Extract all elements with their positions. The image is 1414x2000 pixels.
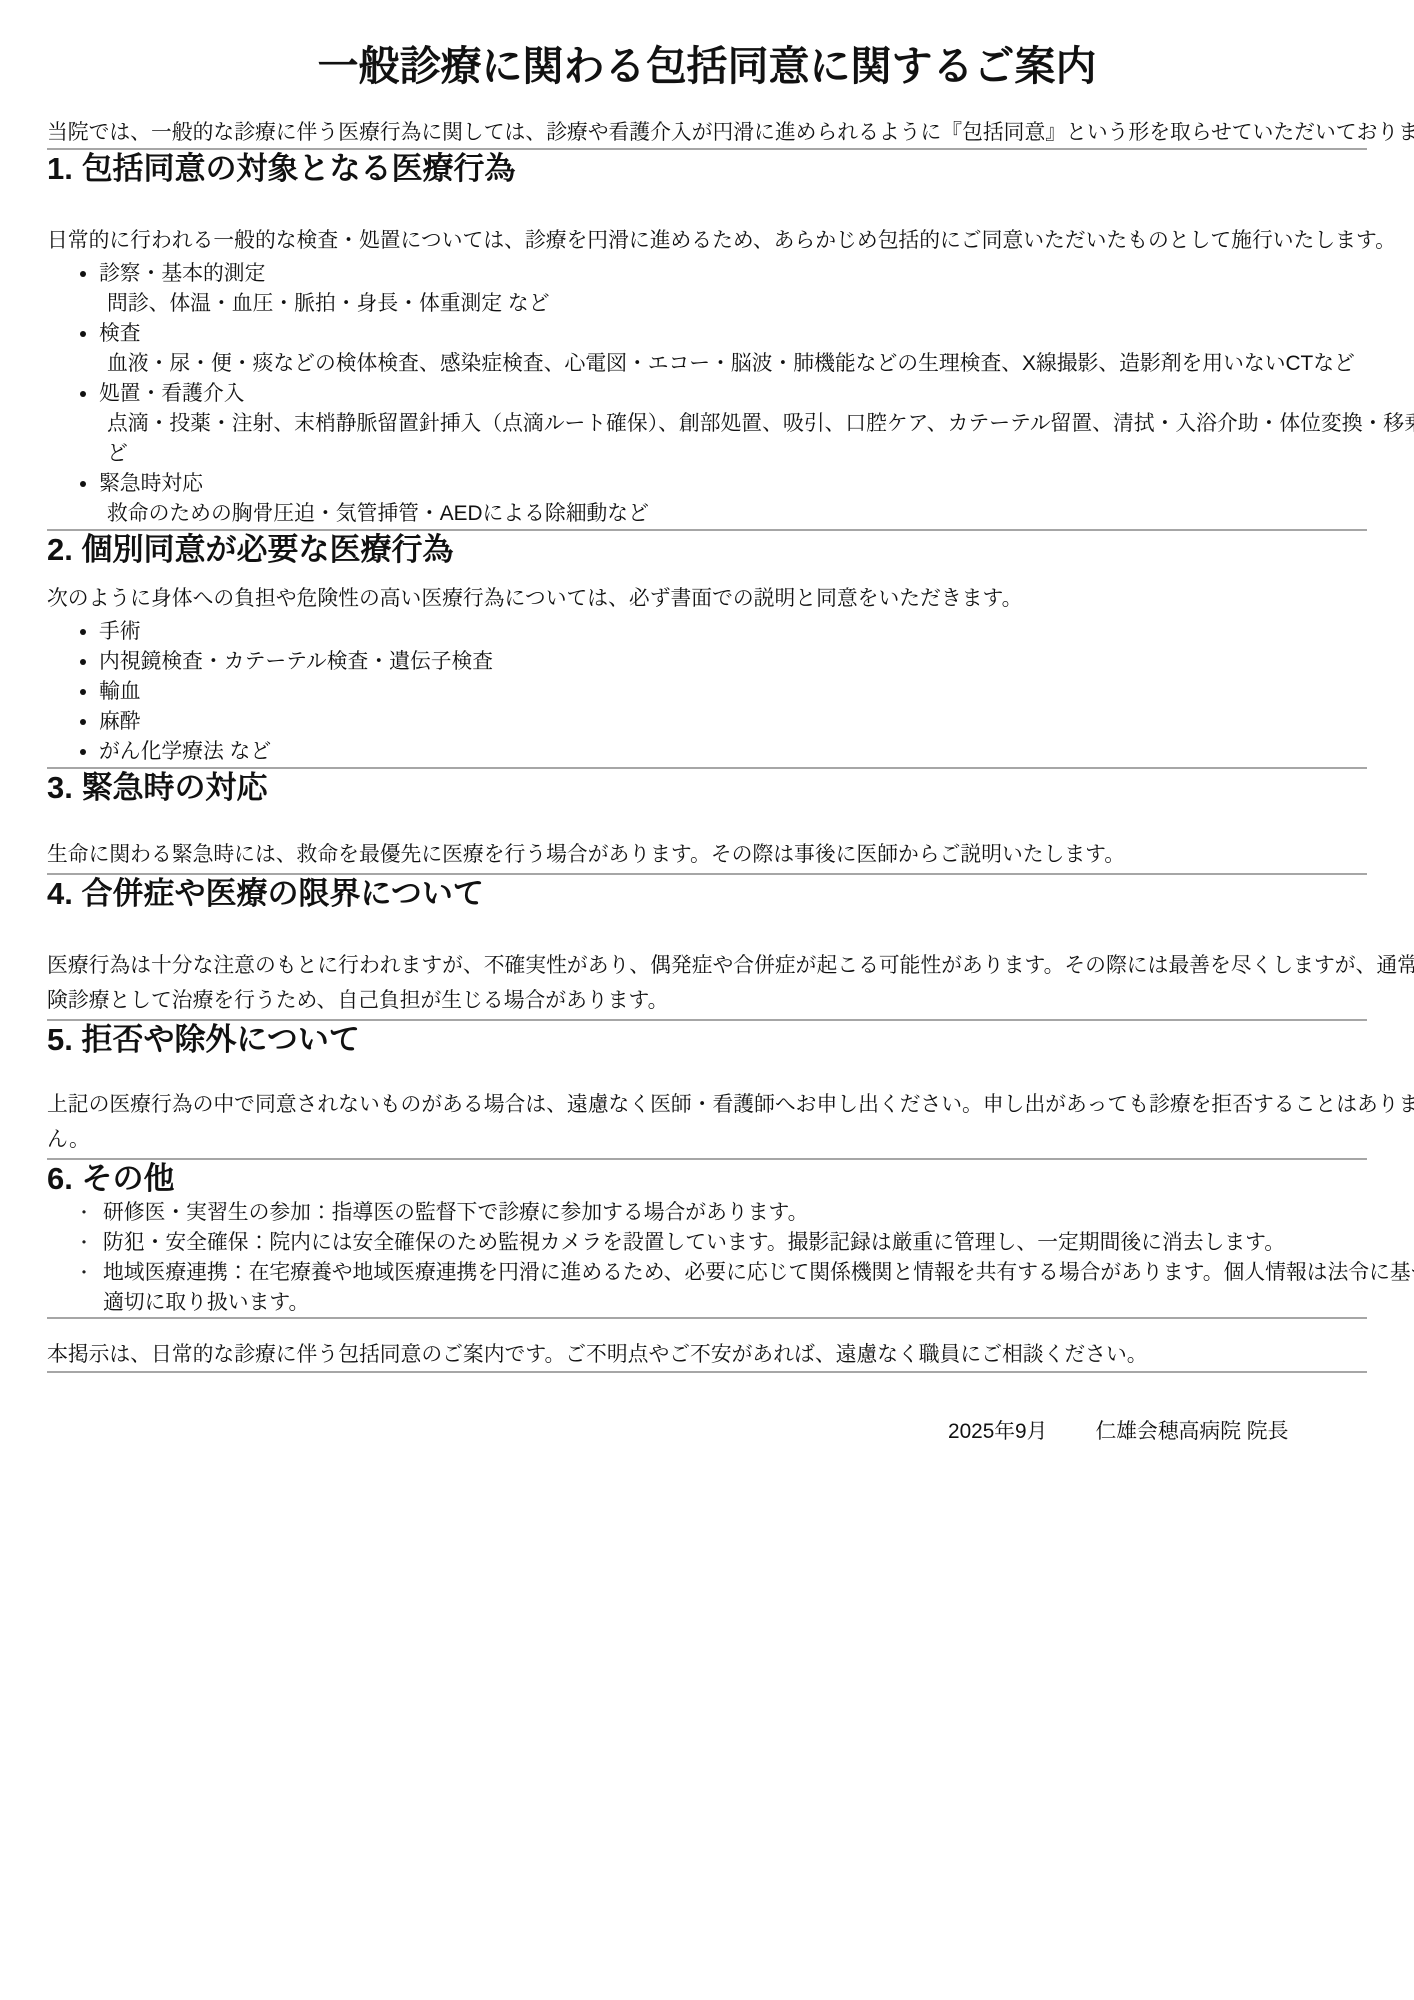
section-4-heading: 4. 合併症や医療の限界について: [47, 875, 1414, 914]
section-5-heading: 5. 拒否や除外について: [47, 1021, 1414, 1060]
signature-line: 2025年9月 仁雄会穂高病院 院長: [47, 1417, 1414, 1447]
list-item: 処置・看護介入 点滴・投薬・注射、末梢静脈留置針挿入（点滴ルート確保）、創部処置…: [99, 379, 1414, 469]
section-5-paragraph: 上記の医療行為の中で同意されないものがある場合は、遠慮なく医師・看護師へお申し出…: [47, 1088, 1414, 1158]
item-term: 検査: [99, 319, 1414, 349]
section-3-heading: 3. 緊急時の対応: [47, 769, 1414, 808]
item-term: 処置・看護介入: [99, 379, 1414, 409]
section-6-list: 研修医・実習生の参加：指導医の監督下で診療に参加する場合があります。 防犯・安全…: [47, 1198, 1414, 1317]
section-divider: [47, 1317, 1367, 1319]
list-item: 検査 血液・尿・便・痰などの検体検査、感染症検査、心電図・エコー・脳波・肺機能な…: [99, 319, 1414, 379]
item-desc: 救命のための胸骨圧迫・気管挿管・AEDによる除細動など: [107, 499, 1414, 529]
item-desc: 問診、体温・血圧・脈拍・身長・体重測定 など: [107, 289, 1414, 319]
section-1-list: 診察・基本的測定 問診、体温・血圧・脈拍・身長・体重測定 など 検査 血液・尿・…: [47, 259, 1414, 529]
signature-date: 2025年9月: [948, 1417, 1047, 1447]
list-item: 麻酔: [99, 707, 1414, 737]
list-item: 輸血: [99, 677, 1414, 707]
page-title: 一般診療に関わる包括同意に関するご案内: [47, 42, 1367, 91]
section-6-heading: 6. その他: [47, 1160, 1414, 1199]
section-1-heading: 1. 包括同意の対象となる医療行為: [47, 150, 1414, 189]
section-divider: [47, 1371, 1367, 1373]
list-item: 診察・基本的測定 問診、体温・血圧・脈拍・身長・体重測定 など: [99, 259, 1414, 319]
signature-org: 仁雄会穂高病院 院長: [1095, 1417, 1288, 1447]
list-item: 緊急時対応 救命のための胸骨圧迫・気管挿管・AEDによる除細動など: [99, 469, 1414, 529]
list-item: がん化学療法 など: [99, 737, 1414, 767]
list-item: 手術: [99, 617, 1414, 647]
section-2-paragraph: 次のように身体への負担や危険性の高い医療行為については、必ず書面での説明と同意を…: [47, 582, 1414, 617]
section-4-paragraph: 医療行為は十分な注意のもとに行われますが、不確実性があり、偶発症や合併症が起こる…: [47, 949, 1414, 1019]
list-item: 内視鏡検査・カテーテル検査・遺伝子検査: [99, 647, 1414, 677]
item-term: 診察・基本的測定: [99, 259, 1414, 289]
section-2-list: 手術 内視鏡検査・カテーテル検査・遺伝子検査 輸血 麻酔 がん化学療法 など: [47, 617, 1414, 767]
section-3-paragraph: 生命に関わる緊急時には、救命を最優先に医療を行う場合があります。その際は事後に医…: [47, 838, 1414, 873]
section-2-heading: 2. 個別同意が必要な医療行為: [47, 531, 1414, 570]
section-1-paragraph: 日常的に行われる一般的な検査・処置については、診療を円滑に進めるため、あらかじめ…: [47, 224, 1414, 259]
list-item: 研修医・実習生の参加：指導医の監督下で診療に参加する場合があります。: [103, 1198, 1414, 1228]
item-term: 緊急時対応: [99, 469, 1414, 499]
item-desc: 血液・尿・便・痰などの検体検査、感染症検査、心電図・エコー・脳波・肺機能などの生…: [107, 349, 1414, 379]
item-desc: 点滴・投薬・注射、末梢静脈留置針挿入（点滴ルート確保）、創部処置、吸引、口腔ケア…: [107, 409, 1414, 469]
list-item: 防犯・安全確保：院内には安全確保のため監視カメラを設置しています。撮影記録は厳重…: [103, 1228, 1414, 1258]
document-page: 一般診療に関わる包括同意に関するご案内 当院では、一般的な診療に伴う医療行為に関…: [0, 42, 1414, 1447]
list-item: 地域医療連携：在宅療養や地域医療連携を円滑に進めるため、必要に応じて関係機関と情…: [103, 1258, 1414, 1317]
footer-note: 本掲示は、日常的な診療に伴う包括同意のご案内です。ご不明点やご不安があれば、遠慮…: [47, 1340, 1414, 1370]
intro-paragraph: 当院では、一般的な診療に伴う医療行為に関しては、診療や看護介入が円滑に進められる…: [47, 118, 1414, 148]
